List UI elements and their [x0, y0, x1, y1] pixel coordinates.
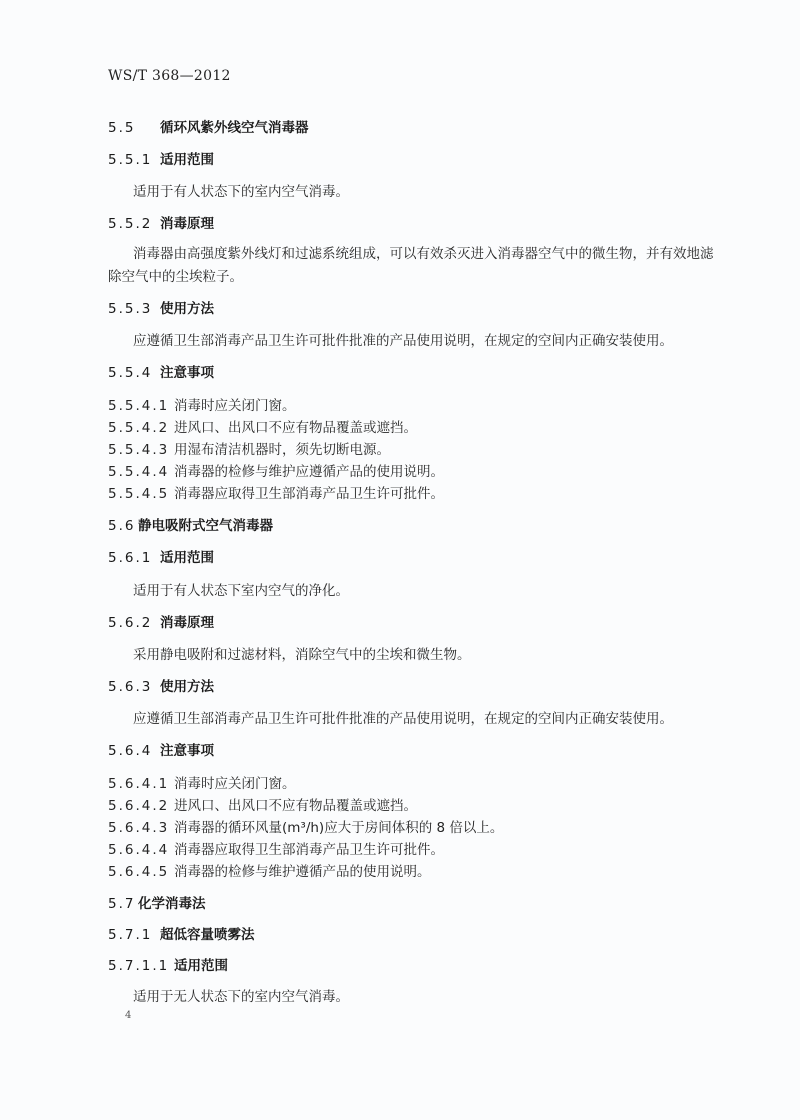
section-heading-5-6-2: 5.6.2消毒原理	[108, 614, 214, 632]
paragraph-5-5-1: 适用于有人状态下的室内空气消毒。	[133, 183, 349, 201]
paragraph-5-6-3: 应遵循卫生部消毒产品卫生许可批件批准的产品使用说明，在规定的空间内正确安装使用。	[133, 710, 673, 728]
paragraph-5-6-2: 采用静电吸附和过滤材料，消除空气中的尘埃和微生物。	[133, 646, 471, 664]
list-item-5-6-4-3: 5.6.4.3消毒器的循环风量(m³/h)应大于房间体积的 8 倍以上。	[108, 819, 503, 837]
section-heading-5-6-3: 5.6.3使用方法	[108, 678, 214, 696]
list-item-5-6-4-2: 5.6.4.2进风口、出风口不应有物品覆盖或遮挡。	[108, 797, 417, 815]
section-heading-5-5: 5.5循环风紫外线空气消毒器	[108, 119, 309, 137]
paragraph-5-7-1-1: 适用于无人状态下的室内空气消毒。	[133, 988, 349, 1006]
list-item-5-6-4-5: 5.6.4.5消毒器的检修与维护遵循产品的使用说明。	[108, 863, 431, 881]
section-heading-5-6-1: 5.6.1适用范围	[108, 549, 214, 567]
paragraph-5-5-2-line2: 除空气中的尘埃粒子。	[108, 268, 243, 286]
standard-code: WS/T 368—2012	[108, 68, 231, 84]
list-item-5-5-4-3: 5.5.4.3用湿布清洁机器时，须先切断电源。	[108, 441, 390, 459]
list-item-5-6-4-4: 5.6.4.4消毒器应取得卫生部消毒产品卫生许可批件。	[108, 841, 444, 859]
section-heading-5-5-4: 5.5.4注意事项	[108, 364, 214, 382]
list-item-5-5-4-4: 5.5.4.4消毒器的检修与维护应遵循产品的使用说明。	[108, 463, 444, 481]
section-heading-5-5-1: 5.5.1适用范围	[108, 151, 214, 169]
document-page: WS/T 368—2012 5.5循环风紫外线空气消毒器 5.5.1适用范围 适…	[0, 0, 800, 1120]
section-heading-5-7: 5.7化学消毒法	[108, 895, 206, 913]
section-heading-5-7-1: 5.7.1超低容量喷雾法	[108, 926, 255, 944]
list-item-5-5-4-5: 5.5.4.5消毒器应取得卫生部消毒产品卫生许可批件。	[108, 485, 444, 503]
section-heading-5-5-3: 5.5.3使用方法	[108, 300, 214, 318]
paragraph-5-5-3: 应遵循卫生部消毒产品卫生许可批件批准的产品使用说明，在规定的空间内正确安装使用。	[133, 332, 673, 350]
list-item-5-6-4-1: 5.6.4.1消毒时应关闭门窗。	[108, 775, 296, 793]
section-heading-5-7-1-1: 5.7.1.1适用范围	[108, 957, 228, 975]
section-heading-5-5-2: 5.5.2消毒原理	[108, 215, 214, 233]
list-item-5-5-4-1: 5.5.4.1消毒时应关闭门窗。	[108, 397, 296, 415]
section-heading-5-6: 5.6静电吸附式空气消毒器	[108, 517, 273, 535]
paragraph-5-5-2-line1: 消毒器由高强度紫外线灯和过滤系统组成，可以有效杀灭进入消毒器空气中的微生物，并有…	[133, 245, 714, 263]
page-number: 4	[125, 1010, 131, 1021]
paragraph-5-6-1: 适用于有人状态下室内空气的净化。	[133, 582, 349, 600]
list-item-5-5-4-2: 5.5.4.2进风口、出风口不应有物品覆盖或遮挡。	[108, 419, 417, 437]
section-heading-5-6-4: 5.6.4注意事项	[108, 742, 214, 760]
